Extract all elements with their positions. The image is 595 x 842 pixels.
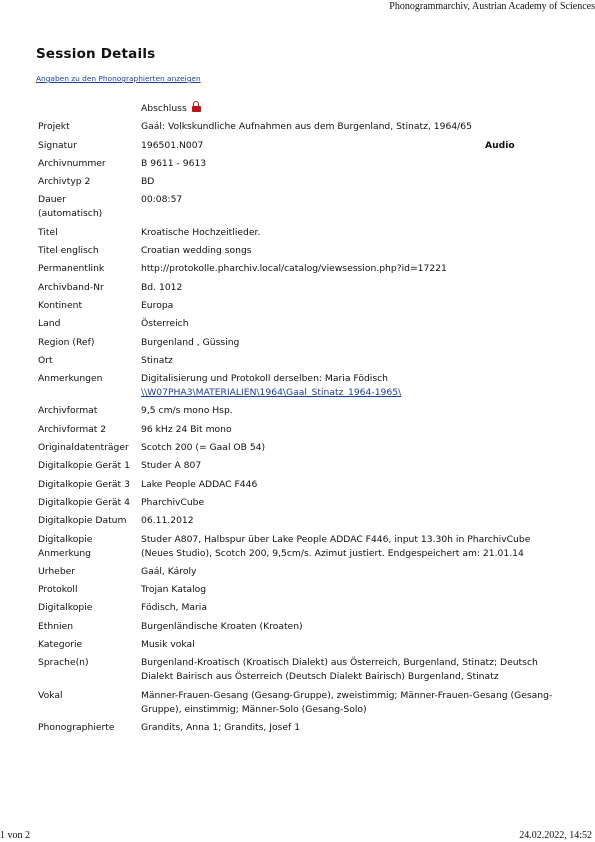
field-row: Archivtyp 2BD xyxy=(38,175,558,189)
field-value-text: 06.11.2012 xyxy=(141,515,194,526)
field-row: UrheberGaál, Károly xyxy=(38,565,558,579)
field-value-text: 9,5 cm/s mono Hsp. xyxy=(141,405,233,416)
field-value-text: Burgenländische Kroaten (Kroaten) xyxy=(141,621,303,632)
field-row: PhonographierteGrandits, Anna 1; Grandit… xyxy=(38,721,558,735)
field-value-text: Croatian wedding songs xyxy=(141,245,252,256)
field-row: DigitalkopieFödisch, Maria xyxy=(38,601,558,615)
field-value: B 9611 - 9613 xyxy=(141,157,558,171)
field-label: Archivtyp 2 xyxy=(38,175,141,189)
field-label: Titel englisch xyxy=(38,244,141,258)
field-value: BD xyxy=(141,175,558,189)
field-value: Grandits, Anna 1; Grandits, Josef 1 xyxy=(141,721,558,735)
status-row: Abschluss xyxy=(38,101,558,116)
field-row: LandÖsterreich xyxy=(38,317,558,331)
field-value: Europa xyxy=(141,299,558,313)
field-label: Digitalkopie Gerät 1 xyxy=(38,459,141,473)
field-row: Permanentlinkhttp://protokolle.pharchiv.… xyxy=(38,262,558,276)
field-value: Burgenland , Güssing xyxy=(141,336,558,350)
field-label: Archivformat 2 xyxy=(38,423,141,437)
field-label: Projekt xyxy=(38,120,141,134)
field-value: 06.11.2012 xyxy=(141,514,558,528)
field-value: 96 kHz 24 Bit mono xyxy=(141,423,558,437)
field-value-text: BD xyxy=(141,176,154,187)
media-type-label: Audio xyxy=(485,139,515,153)
field-label: Archivnummer xyxy=(38,157,141,171)
field-label: Permanentlink xyxy=(38,262,141,276)
field-label: Urheber xyxy=(38,565,141,579)
field-row: OriginaldatenträgerScotch 200 (= Gaal OB… xyxy=(38,441,558,455)
print-datetime: 24.02.2022, 14:52 xyxy=(519,830,592,841)
session-details-table: Abschluss ProjektGaál: Volkskundliche Au… xyxy=(38,101,558,739)
field-value-text: Grandits, Anna 1; Grandits, Josef 1 xyxy=(141,722,300,733)
field-value-text: Europa xyxy=(141,300,173,311)
field-value: Kroatische Hochzeitlieder. xyxy=(141,226,558,240)
field-value-text: Männer-Frauen-Gesang (Gesang-Gruppe), zw… xyxy=(141,690,552,715)
field-row: KontinentEuropa xyxy=(38,299,558,313)
field-value-text: Musik vokal xyxy=(141,639,195,650)
field-row: Digitalkopie Gerät 4PharchivCube xyxy=(38,496,558,510)
field-label: Digitalkopie xyxy=(38,601,141,615)
field-value: Österreich xyxy=(141,317,558,331)
field-value: Studer A807, Halbspur über Lake People A… xyxy=(141,533,558,561)
status-label: Abschluss xyxy=(141,103,187,114)
field-row: EthnienBurgenländische Kroaten (Kroaten) xyxy=(38,620,558,634)
field-row: Archivband-NrBd. 1012 xyxy=(38,281,558,295)
field-value: http://protokolle.pharchiv.local/catalog… xyxy=(141,262,558,276)
field-row: Dauer(automatisch)00:08:57 xyxy=(38,193,558,221)
field-row: Archivformat9,5 cm/s mono Hsp. xyxy=(38,404,558,418)
field-row: Digitalkopie Datum06.11.2012 xyxy=(38,514,558,528)
field-value: Digitalisierung und Protokoll derselben:… xyxy=(141,372,558,400)
field-row: Digitalkopie Gerät 1Studer A 807 xyxy=(38,459,558,473)
field-value: Födisch, Maria xyxy=(141,601,558,615)
field-row: Region (Ref)Burgenland , Güssing xyxy=(38,336,558,350)
field-label: Sprache(n) xyxy=(38,656,141,684)
field-value: Studer A 807 xyxy=(141,459,558,473)
field-label: Anmerkungen xyxy=(38,372,141,400)
field-value: Croatian wedding songs xyxy=(141,244,558,258)
field-value-text: 00:08:57 xyxy=(141,194,182,205)
field-label: Protokoll xyxy=(38,583,141,597)
field-value-text: B 9611 - 9613 xyxy=(141,158,206,169)
field-value: PharchivCube xyxy=(141,496,558,510)
field-label: Vokal xyxy=(38,689,141,717)
field-value-text: Digitalisierung und Protokoll derselben:… xyxy=(141,373,388,384)
field-label: Phonographierte xyxy=(38,721,141,735)
field-row: Digitalkopie Gerät 3Lake People ADDAC F4… xyxy=(38,478,558,492)
field-row: Titel englischCroatian wedding songs xyxy=(38,244,558,258)
field-value-text: Bd. 1012 xyxy=(141,282,182,293)
field-value-text: Stinatz xyxy=(141,355,173,366)
page-title: Session Details xyxy=(36,46,155,62)
print-header: Phonogrammarchiv, Austrian Academy of Sc… xyxy=(389,1,595,12)
field-value: 00:08:57 xyxy=(141,193,558,221)
field-value-text: Österreich xyxy=(141,318,189,329)
field-label: Dauer(automatisch) xyxy=(38,193,141,221)
field-row: ArchivnummerB 9611 - 9613 xyxy=(38,157,558,171)
field-value: Männer-Frauen-Gesang (Gesang-Gruppe), zw… xyxy=(141,689,558,717)
field-row: ProjektGaál: Volkskundliche Aufnahmen au… xyxy=(38,120,558,134)
archive-path-link[interactable]: \\W07PHA3\MATERIALIEN\1964\Gaal_Stinatz_… xyxy=(141,387,401,398)
show-phonographed-link[interactable]: Angaben zu den Phonographierten anzeigen xyxy=(36,74,201,83)
field-value: Scotch 200 (= Gaal OB 54) xyxy=(141,441,558,455)
field-label: Digitalkopie Datum xyxy=(38,514,141,528)
field-value-text: 196501.N007 xyxy=(141,140,203,151)
field-value: Stinatz xyxy=(141,354,558,368)
field-value-text: Gaál, Károly xyxy=(141,566,196,577)
field-label: Digitalkopie Gerät 4 xyxy=(38,496,141,510)
field-value: Bd. 1012 xyxy=(141,281,558,295)
field-label: Digitalkopie Gerät 3 xyxy=(38,478,141,492)
field-label: Region (Ref) xyxy=(38,336,141,350)
field-row: OrtStinatz xyxy=(38,354,558,368)
field-label: Titel xyxy=(38,226,141,240)
field-value-text: Kroatische Hochzeitlieder. xyxy=(141,227,260,238)
field-row: DigitalkopieAnmerkungStuder A807, Halbsp… xyxy=(38,533,558,561)
field-row: Signatur196501.N007Audio xyxy=(38,139,558,153)
field-value: Musik vokal xyxy=(141,638,558,652)
field-value-text: Scotch 200 (= Gaal OB 54) xyxy=(141,442,265,453)
field-label: Originaldatenträger xyxy=(38,441,141,455)
field-value: Lake People ADDAC F446 xyxy=(141,478,558,492)
field-row: AnmerkungenDigitalisierung und Protokoll… xyxy=(38,372,558,400)
field-value-text: Födisch, Maria xyxy=(141,602,207,613)
field-label: Signatur xyxy=(38,139,141,153)
field-value-text: Burgenland , Güssing xyxy=(141,337,239,348)
field-value: Trojan Katalog xyxy=(141,583,558,597)
field-value-text: Gaál: Volkskundliche Aufnahmen aus dem B… xyxy=(141,121,472,132)
field-value: Burgenländische Kroaten (Kroaten) xyxy=(141,620,558,634)
field-value-text: Lake People ADDAC F446 xyxy=(141,479,257,490)
field-label: DigitalkopieAnmerkung xyxy=(38,533,141,561)
field-value-text: Studer A807, Halbspur über Lake People A… xyxy=(141,534,530,559)
field-label: Archivformat xyxy=(38,404,141,418)
field-value: Gaál, Károly xyxy=(141,565,558,579)
field-value: 9,5 cm/s mono Hsp. xyxy=(141,404,558,418)
field-row: Sprache(n)Burgenland-Kroatisch (Kroatisc… xyxy=(38,656,558,684)
lock-icon xyxy=(192,101,201,112)
field-value: Gaál: Volkskundliche Aufnahmen aus dem B… xyxy=(141,120,558,134)
field-value-text: http://protokolle.pharchiv.local/catalog… xyxy=(141,263,447,274)
field-label: Ort xyxy=(38,354,141,368)
field-row: VokalMänner-Frauen-Gesang (Gesang-Gruppe… xyxy=(38,689,558,717)
field-value-text: Studer A 807 xyxy=(141,460,201,471)
field-label: Kontinent xyxy=(38,299,141,313)
field-label: Kategorie xyxy=(38,638,141,652)
page-number: 1 von 2 xyxy=(0,830,30,841)
field-value-text: 96 kHz 24 Bit mono xyxy=(141,424,232,435)
field-label: Land xyxy=(38,317,141,331)
field-value-text: PharchivCube xyxy=(141,497,204,508)
field-row: Archivformat 296 kHz 24 Bit mono xyxy=(38,423,558,437)
field-row: KategorieMusik vokal xyxy=(38,638,558,652)
field-label: Ethnien xyxy=(38,620,141,634)
field-value: Burgenland-Kroatisch (Kroatisch Dialekt)… xyxy=(141,656,558,684)
field-value-text: Burgenland-Kroatisch (Kroatisch Dialekt)… xyxy=(141,657,538,682)
field-value-text: Trojan Katalog xyxy=(141,584,206,595)
field-row: ProtokollTrojan Katalog xyxy=(38,583,558,597)
field-row: TitelKroatische Hochzeitlieder. xyxy=(38,226,558,240)
field-label: Archivband-Nr xyxy=(38,281,141,295)
